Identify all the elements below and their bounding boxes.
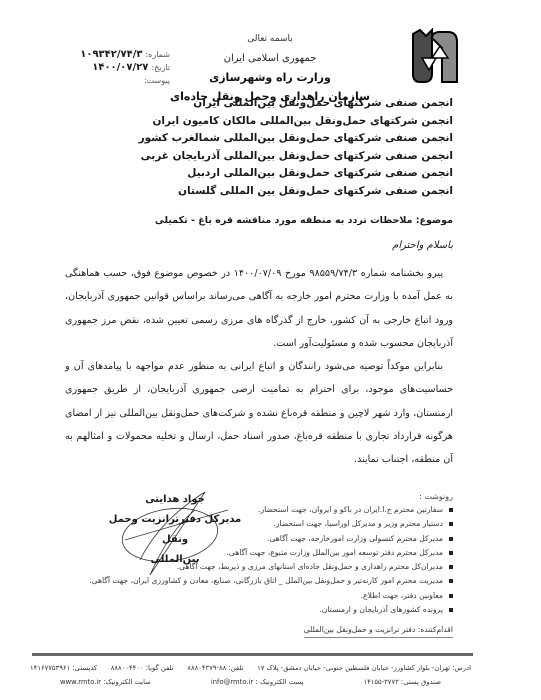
cc-list: سفارتین محترم ج.ا.ایران در باکو و ایروان…	[133, 503, 453, 617]
letter-body: پیرو بخشنامه شماره ۹۸۵۵۹/۷۴/۳ مورخ ۱۴۰۰/…	[65, 262, 453, 472]
letter-number: ۱۰۹۳۴۲/۷۴/۳	[80, 48, 142, 61]
action-office: اقدام‌کننده: دفتر ترانزیت و حمل‌ونقل بین…	[304, 623, 453, 638]
footer-phone: تلفن: ۸۸-۸۸۸۰۴۳۷۹	[187, 661, 243, 675]
cc-item: مدیرکل محترم دفتر توسعه امور بین‌الملل و…	[133, 546, 453, 560]
recipient: انجمن صنفی شرکتهای حمل‌ونقل بین‌المللی ا…	[153, 165, 453, 183]
footer-address: ادرس: تهران- بلوار کشاورز- خیابان فلسطین…	[257, 661, 471, 675]
letter-meta: شماره: ۱۰۹۳۴۲/۷۴/۳ تاریخ: ۱۴۰۰/۰۷/۲۷ پیو…	[30, 48, 170, 87]
letter-date: ۱۴۰۰/۰۷/۲۷	[92, 61, 148, 74]
footer-row-1: ادرس: تهران- بلوار کشاورز- خیابان فلسطین…	[30, 661, 471, 675]
footer-divider	[32, 653, 473, 656]
greeting: باسلام واحترام	[392, 240, 453, 251]
recipient: انجمن صنفی شرکتهای حمل‌ونقل بین‌المللی آ…	[153, 148, 453, 166]
recipient: انجمن شرکتهای حمل‌ونقل بین‌المللی مالکان…	[153, 113, 453, 131]
footer-po-box: صندوق پستی: ۳۷۷۳-۱۴۱۵۵	[363, 675, 441, 689]
footer-row-2: صندوق پستی: ۳۷۷۳-۱۴۱۵۵ پست الکترونیک : i…	[30, 675, 471, 689]
cc-item: مدیریت محترم امور کارنه‌تیر و حمل‌ونقل ب…	[133, 574, 453, 588]
cc-item: معاونین دفتر، جهت اطلاع.	[133, 589, 453, 603]
footer-phone-voice: تلفن گویا: ۸۸۸۰۰۴۴۰۰	[111, 661, 174, 675]
cc-item: دستیار محترم وزیر و مدیرکل اوراسیا، جهت …	[133, 517, 453, 531]
cc-item: مدیرکل محترم کنسولی وزارت امورخارجه، جهت…	[133, 532, 453, 546]
rmto-logo	[410, 28, 460, 86]
body-paragraph: پیرو بخشنامه شماره ۹۸۵۵۹/۷۴/۳ مورخ ۱۴۰۰/…	[65, 262, 453, 355]
letter-number-row: شماره: ۱۰۹۳۴۲/۷۴/۳	[30, 48, 170, 61]
footer: ادرس: تهران- بلوار کشاورز- خیابان فلسطین…	[30, 661, 471, 689]
number-label: شماره:	[145, 48, 170, 61]
body-paragraph: بنابراین موکداً توصیه می‌شود رانندگان و …	[65, 355, 453, 471]
attachment-row: پیوست:	[30, 74, 170, 87]
date-label: تاریخ:	[151, 61, 170, 74]
recipient: انجمن صنفی شرکتهای حمل‌ونقل بین‌المللی ا…	[153, 95, 453, 113]
cc-item: پرونده کشورهای آذربایجان و ارمنستان.	[133, 603, 453, 617]
letter-date-row: تاریخ: ۱۴۰۰/۰۷/۲۷	[30, 61, 170, 74]
country-name: جمهوری اسلامی ایران	[170, 49, 370, 68]
footer-email[interactable]: پست الکترونیک : info@rmto.ir	[211, 675, 304, 689]
cc-item: سفارتین محترم ج.ا.ایران در باکو و ایروان…	[133, 503, 453, 517]
invocation: باسمه تعالی	[170, 30, 370, 49]
attachment-label: پیوست:	[144, 74, 170, 87]
footer-postal-code: کدپستی: ۱۴۱۶۷۷۵۳۹۶۱	[30, 661, 97, 675]
cc-section: رونوشت : سفارتین محترم ج.ا.ایران در باکو…	[133, 492, 453, 638]
cc-item: مدیران‌کل محترم راهداری و حمل‌ونقل جاده‌…	[133, 560, 453, 574]
footer-website[interactable]: سایت الکترونیک: www.rmto.ir	[60, 675, 151, 689]
ministry-name: وزارت راه وشهرسازی	[170, 68, 370, 87]
recipient: انجمن صنفی شرکتهای حمل‌ونقل بین‌المللی ش…	[153, 130, 453, 148]
recipient: انجمن صنفی شرکتهای حمل‌ونقل بین المللی گ…	[153, 183, 453, 201]
cc-title: رونوشت :	[133, 492, 453, 501]
recipients-list: انجمن صنفی شرکتهای حمل‌ونقل بین‌المللی ا…	[153, 95, 453, 200]
subject-line: موضوع: ملاحظات تردد به منطقه مورد مناقشه…	[155, 215, 453, 226]
